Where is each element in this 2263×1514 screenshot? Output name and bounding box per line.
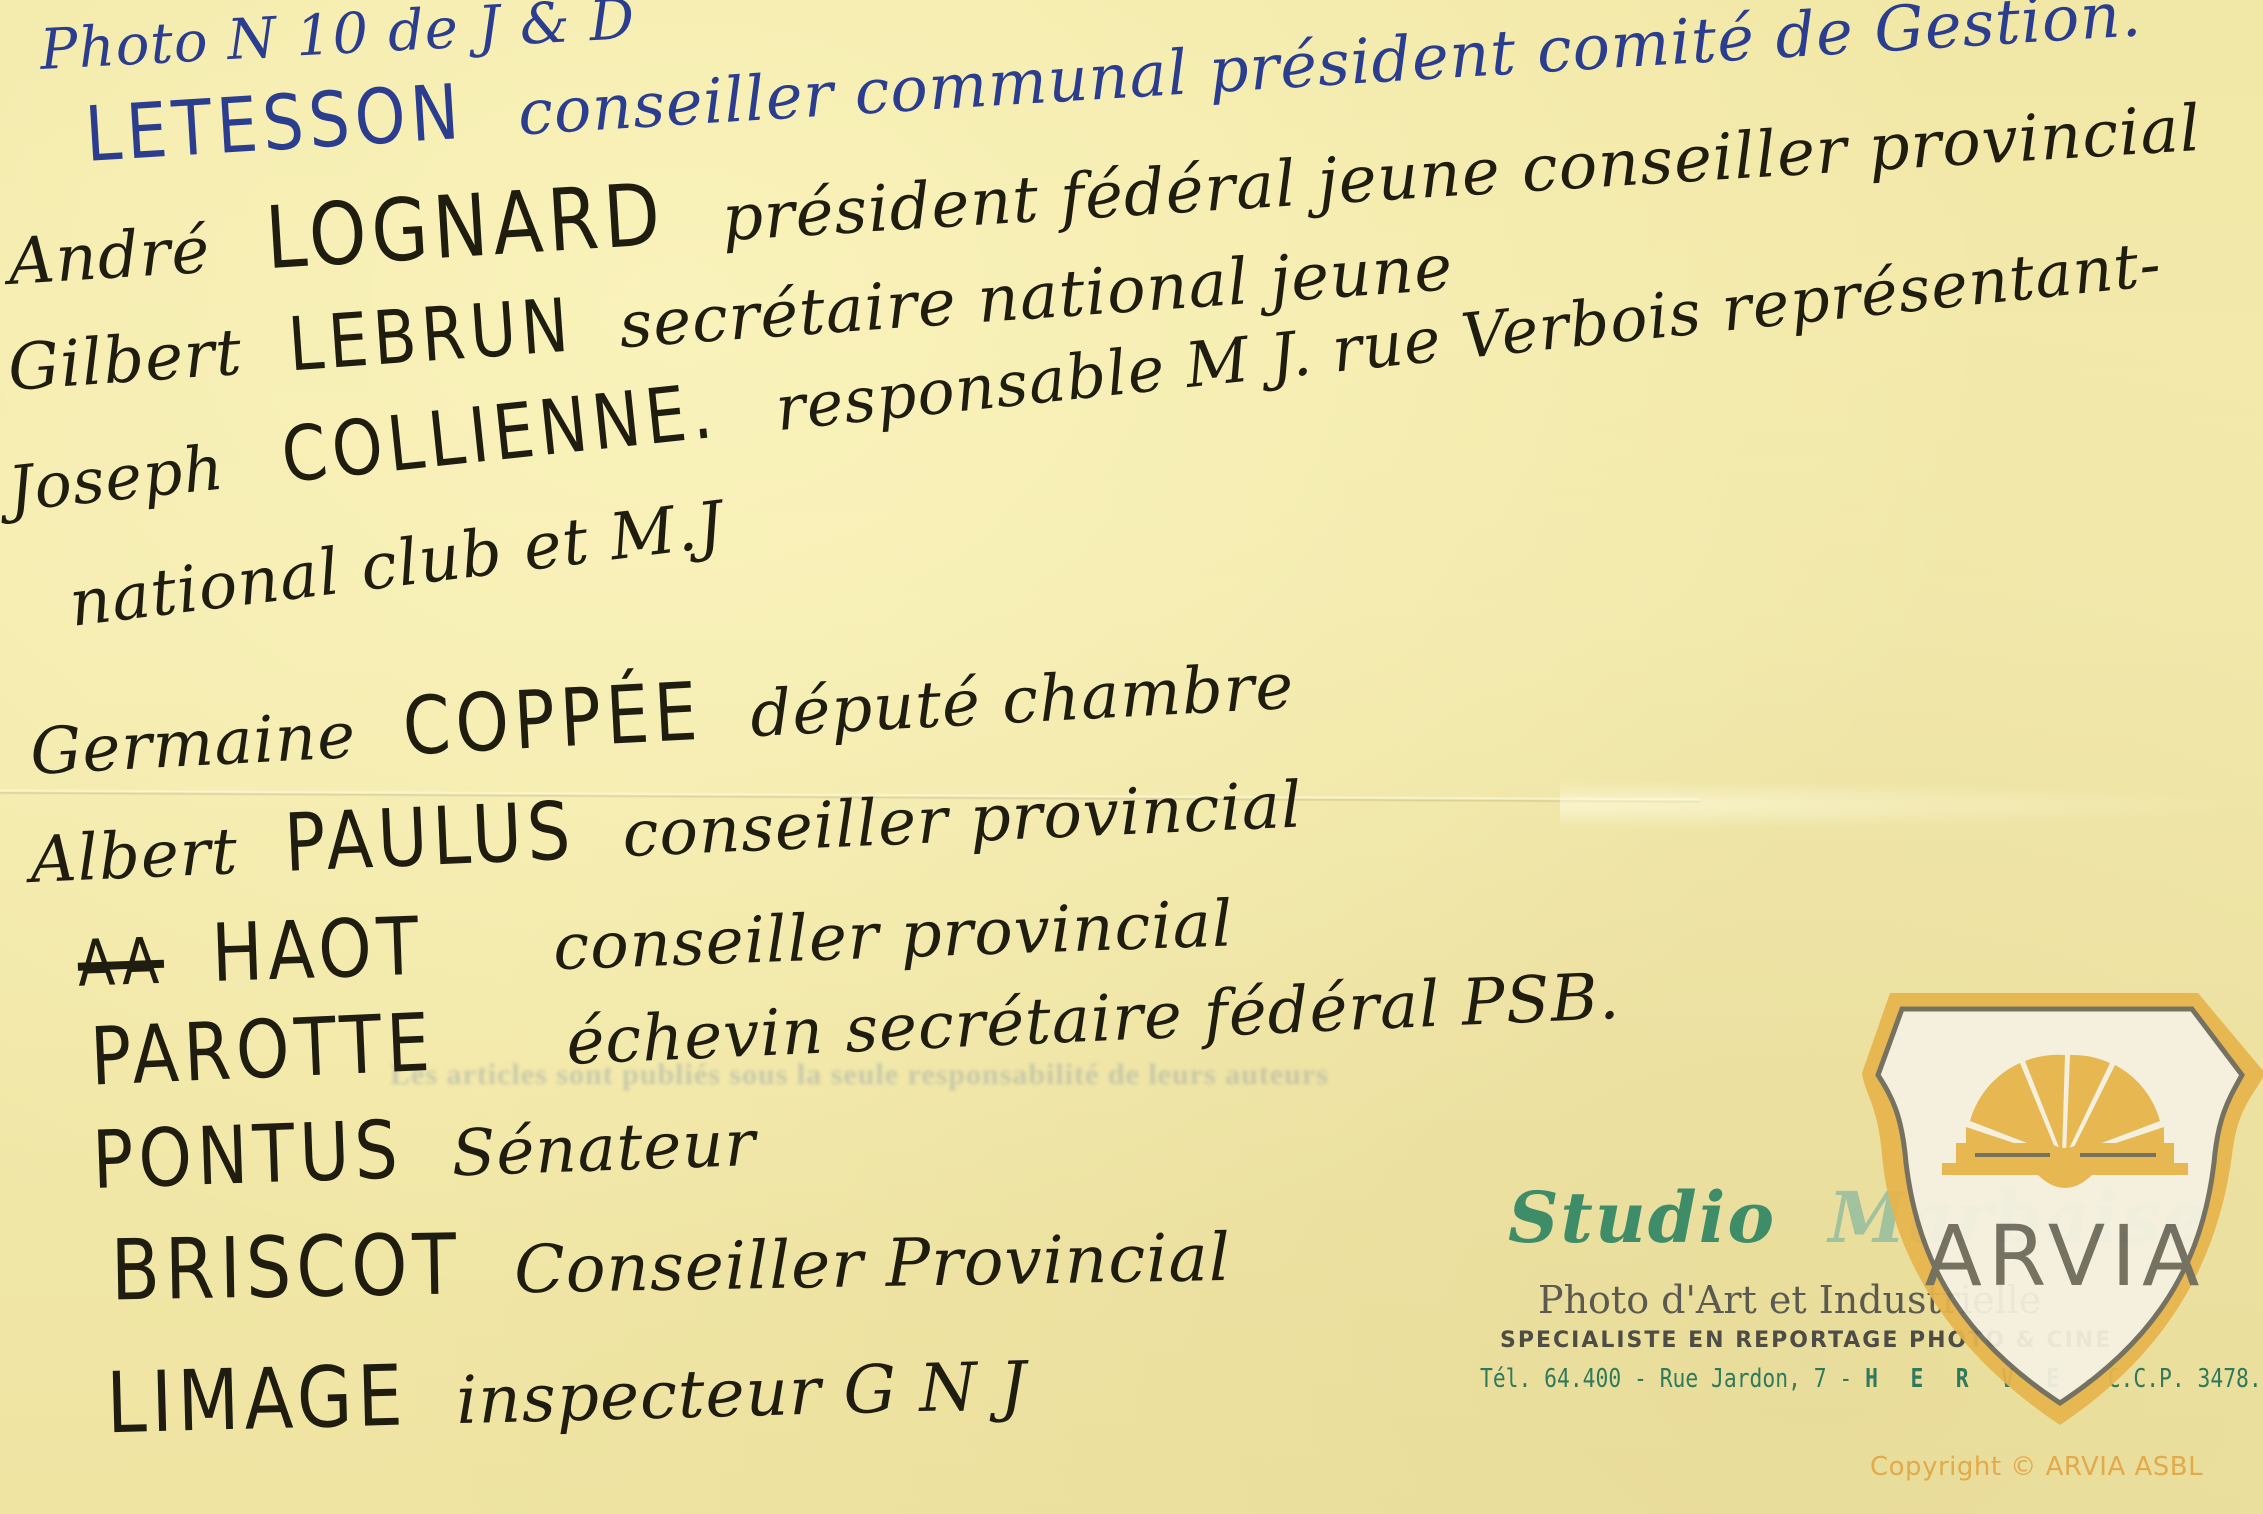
entry-last-name: PONTUS (91, 1103, 405, 1207)
entry-title: inspecteur G N J (455, 1347, 1028, 1439)
studio-address: Rue Jardon, 7 (1660, 1364, 1827, 1394)
arvia-logo-text: ARVIA (1925, 1207, 2206, 1305)
entry-first-name: Gilbert (6, 316, 245, 406)
entry-first-name: Joseph (5, 431, 228, 526)
entry-last-name: PAULUS (283, 784, 578, 890)
entry-last-name: LETESSON (83, 67, 467, 179)
paper-fold-highlight (1560, 780, 2260, 830)
studio-name-first: Studio (1508, 1176, 1776, 1259)
scanned-document: Photo N 10 de J & D LETESSON conseiller … (0, 0, 2263, 1514)
entry-last-name: LEBRUN (285, 283, 576, 389)
entry-first-name: André (6, 214, 212, 300)
entry-last-name: BRISCOT (110, 1215, 462, 1319)
entry-last-name: HAOT (210, 900, 425, 1000)
entry-last-name: PAROTTE (88, 996, 436, 1104)
entry-first-name: Germaine (28, 699, 357, 790)
entry-last-name: LIMAGE (105, 1346, 409, 1452)
arvia-watermark-logo: ARVIA (1860, 985, 2263, 1430)
entry-last-name: COLLIENNE. (277, 366, 721, 500)
entry-last-name: LOGNARD (263, 165, 668, 289)
entry-title: Sénateur (450, 1107, 757, 1192)
entry-title: Conseiller Provincial (514, 1219, 1232, 1308)
entry-pontus: PONTUS Sénateur (63, 1091, 757, 1208)
struck-initials: AA (77, 925, 166, 1002)
studio-phone: Tél. 64.400 (1480, 1364, 1621, 1394)
entry-first-name: Albert (29, 815, 240, 898)
entry-title: député chambre (749, 650, 1296, 752)
entry-briscot: BRISCOT Conseiller Provincial (79, 1202, 1231, 1320)
entry-limage: LIMAGE inspecteur G N J (79, 1330, 1029, 1453)
entry-title: conseiller provincial (621, 768, 1304, 872)
entry-last-name: COPPÉE (401, 665, 705, 774)
copyright-notice: Copyright © ARVIA ASBL (1870, 1452, 2203, 1482)
